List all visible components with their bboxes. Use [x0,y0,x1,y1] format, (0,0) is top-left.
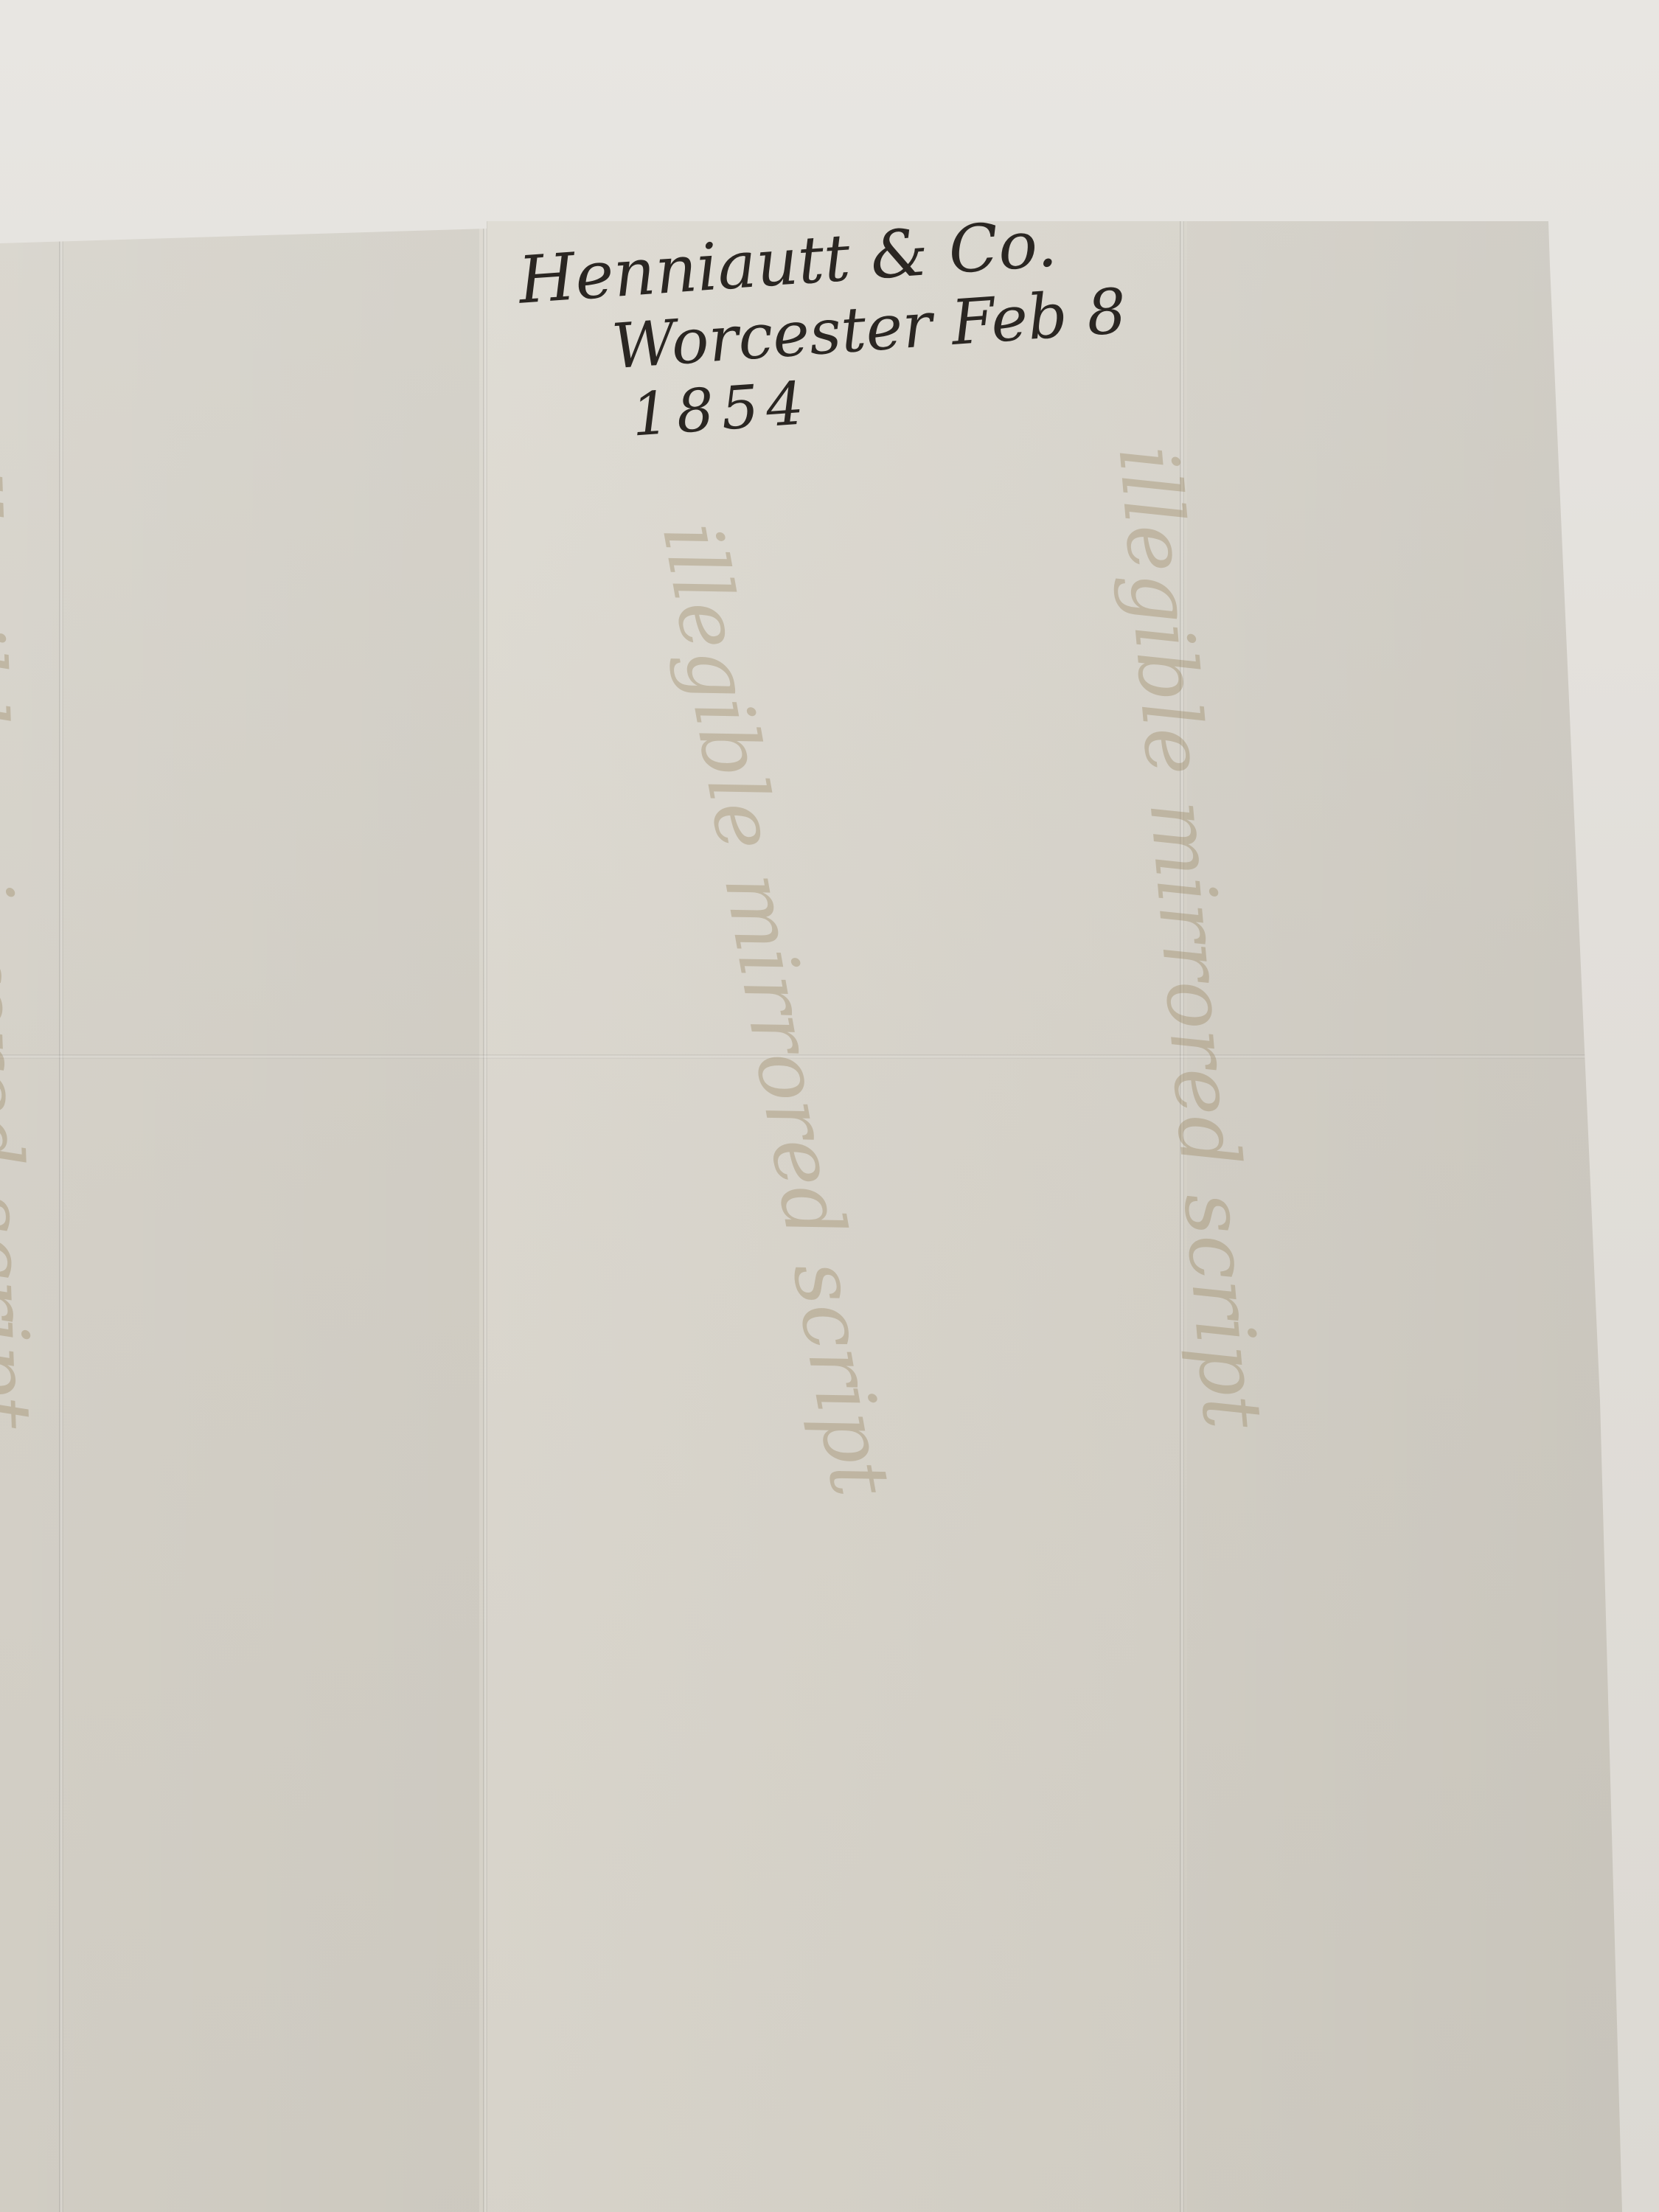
fold-line [59,221,63,2212]
folded-letter: illegible mirrored script illegible mirr… [0,221,1622,2212]
letter-panel-right [1187,221,1622,2212]
letter-panel-center [487,221,1187,2212]
fold-line [0,1054,1622,1059]
docket-annotation: Henniautt & Co. Worcester Feb 8 1854 [516,201,1133,456]
fold-line [483,221,487,2212]
fold-line [1180,221,1184,2212]
letter-panel-left [0,221,479,2212]
